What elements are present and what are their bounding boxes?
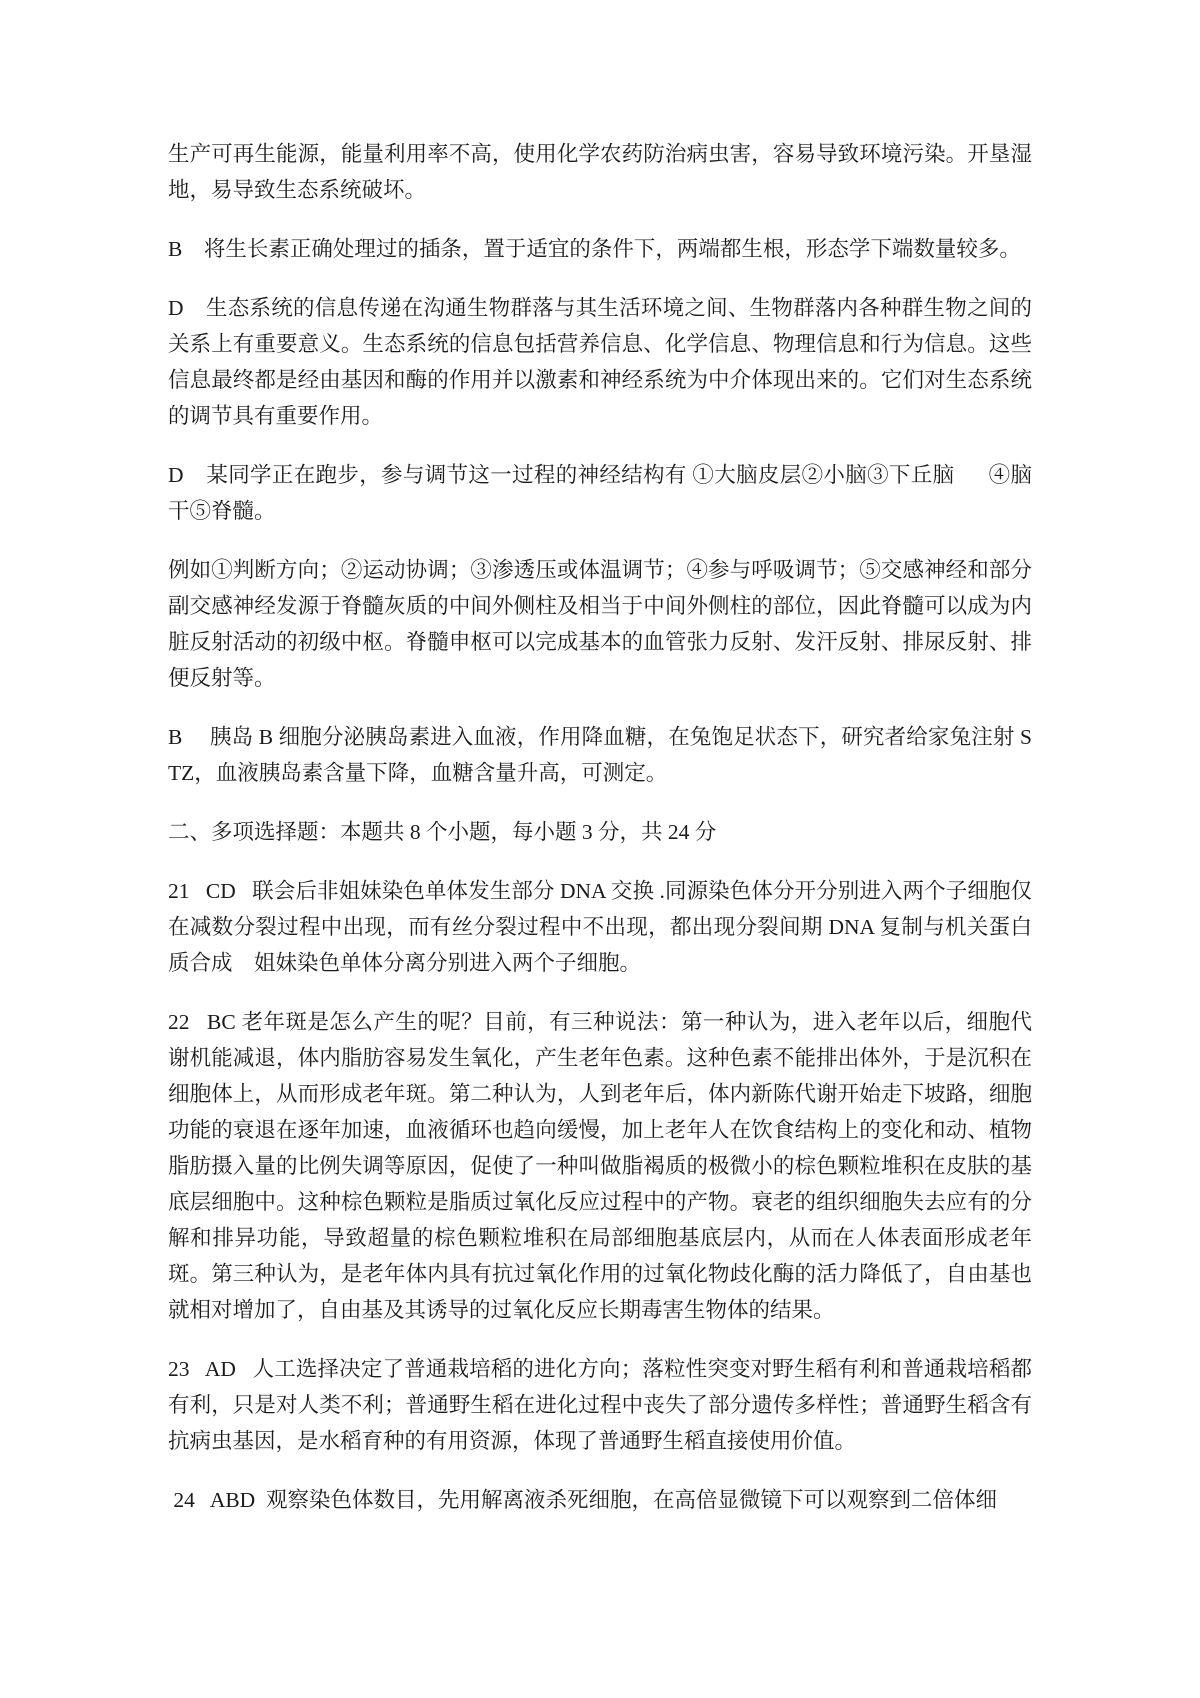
question-21-answer-paragraph: 21 CD 联会后非姐妹染色单体发生部分 DNA 交换 .同源染色体分开分别进入… <box>168 873 1032 981</box>
question-23-answer-paragraph: 23 AD 人工选择决定了普通栽培稻的进化方向；落粒性突变对野生稻有利和普通栽培… <box>168 1351 1032 1459</box>
document-page: 生产可再生能源，能量利用率不高，使用化学农药防治病虫害，容易导致环境污染。开垦湿… <box>0 0 1200 1698</box>
question-22-answer-paragraph: 22 BC 老年斑是怎么产生的呢？目前，有三种说法：第一种认为，进入老年以后，细… <box>168 1004 1032 1328</box>
answer-b-cutting-paragraph: B 将生长素正确处理过的插条，置于适宜的条件下，两端都生根，形态学下端数量较多。 <box>168 231 1032 267</box>
nerve-function-note-paragraph: 例如①判断方向；②运动协调；③渗透压或体温调节；④参与呼吸调节；⑤交感神经和部分… <box>168 552 1032 696</box>
answer-d-info-transfer-paragraph: D 生态系统的信息传递在沟通生物群落与其生活环境之间、生物群落内各种群生物之间的… <box>168 290 1032 434</box>
answer-d-nerve-structure-paragraph: D 某同学正在跑步，参与调节这一过程的神经结构有 ①大脑皮层②小脑③下丘脑 ④脑… <box>168 457 1032 529</box>
question-24-answer-paragraph: 24 ABD 观察染色体数目，先用解离液杀死细胞，在高倍显微镜下可以观察到二倍体… <box>168 1482 1032 1518</box>
section-ii-heading: 二、多项选择题：本题共 8 个小题，每小题 3 分，共 24 分 <box>168 814 1032 850</box>
answer-continuation-paragraph: 生产可再生能源，能量利用率不高，使用化学农药防治病虫害，容易导致环境污染。开垦湿… <box>168 136 1032 208</box>
answer-b-insulin-paragraph: B 胰岛 B 细胞分泌胰岛素进入血液，作用降血糖，在兔饱足状态下，研究者给家兔注… <box>168 719 1032 791</box>
